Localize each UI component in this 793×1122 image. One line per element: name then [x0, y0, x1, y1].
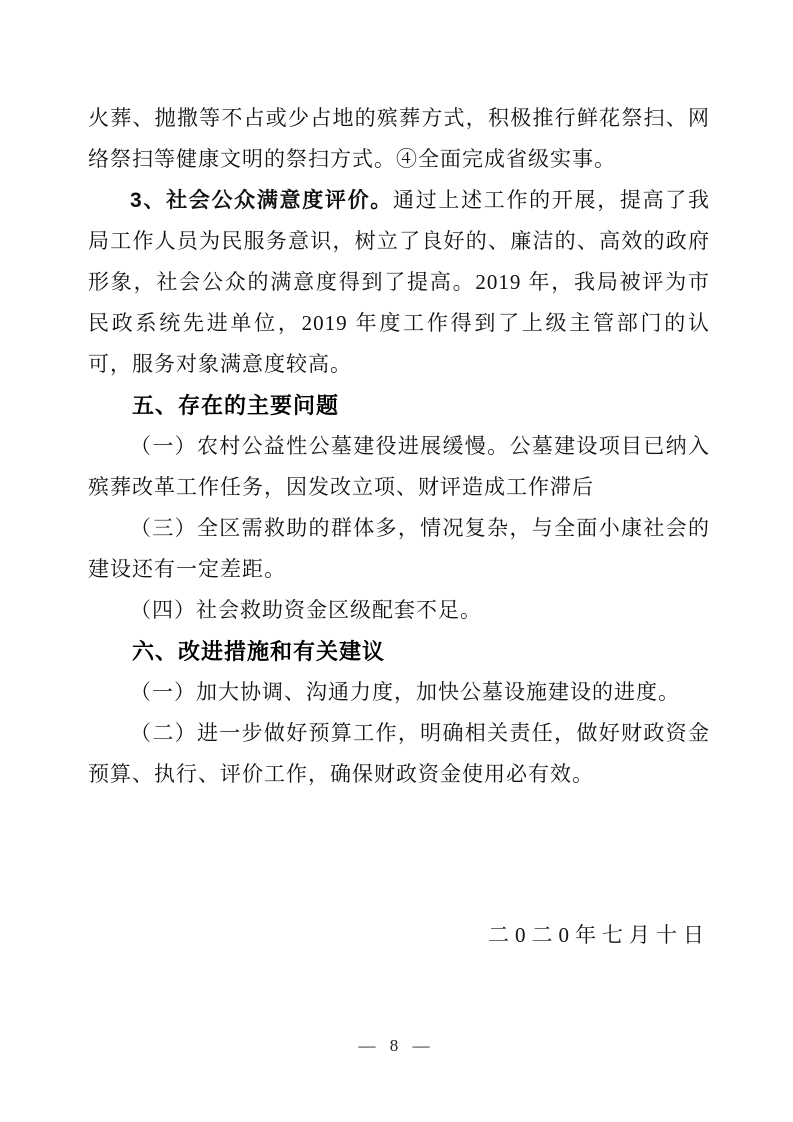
- paragraph: （二）进一步做好预算工作，明确相关责任，做好财政资金预算、执行、评价工作，确保财…: [88, 713, 710, 795]
- document-date: 二0二0年七月十日: [88, 915, 710, 956]
- paragraph-lead: 3、社会公众满意度评价。: [130, 189, 393, 212]
- document-page: 火葬、抛撒等不占或少占地的殡葬方式，积极推行鲜花祭扫、网络祭扫等健康文明的祭扫方…: [0, 0, 793, 1122]
- section-heading-six: 六、改进措施和有关建议: [88, 631, 710, 672]
- page-number: — 8 —: [0, 1036, 793, 1056]
- paragraph: （三）全区需救助的群体多，情况复杂，与全面小康社会的建设还有一定差距。: [88, 508, 710, 590]
- document-content: 火葬、抛撒等不占或少占地的殡葬方式，积极推行鲜花祭扫、网络祭扫等健康文明的祭扫方…: [88, 98, 710, 956]
- paragraph: （四）社会救助资金区级配套不足。: [88, 590, 710, 631]
- paragraph-continuation: 火葬、抛撒等不占或少占地的殡葬方式，积极推行鲜花祭扫、网络祭扫等健康文明的祭扫方…: [88, 98, 710, 180]
- section-heading-five: 五、存在的主要问题: [88, 385, 710, 426]
- paragraph-text: 通过上述工作的开展，提高了我局工作人员为民服务意识，树立了良好的、廉洁的、高效的…: [88, 188, 710, 376]
- paragraph: （一）加大协调、沟通力度，加快公墓设施建设的进度。: [88, 672, 710, 713]
- paragraph: 3、社会公众满意度评价。通过上述工作的开展，提高了我局工作人员为民服务意识，树立…: [88, 180, 710, 385]
- paragraph: （一）农村公益性公墓建役进展缓慢。公墓建设项目已纳入殡葬改革工作任务，因发改立项…: [88, 426, 710, 508]
